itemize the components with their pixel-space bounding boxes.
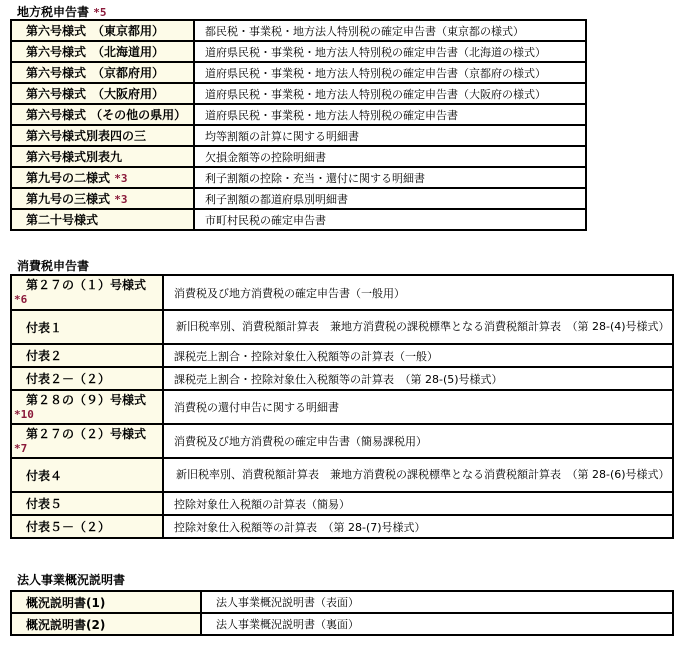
form-description: 控除対象仕入税額等の計算表 （第 28-(7)号様式） (174, 521, 426, 534)
form-code-cell: 第二十号様式 (11, 209, 194, 230)
footnote-marker: *5 (93, 6, 106, 19)
table-row: 第六号様式 （北海道用） 道府県民税・事業税・地方法人特別税の確定申告書（北海道… (11, 41, 586, 62)
table-row: 付表５－（２） 控除対象仕入税額等の計算表 （第 28-(7)号様式） (11, 515, 673, 538)
form-desc-cell: 欠損金額等の控除明細書 (194, 146, 586, 167)
form-desc-cell: 消費税の還付申告に関する明細書 (163, 390, 673, 424)
form-description: 道府県民税・事業税・地方法人特別税の確定申告書（北海道の様式） (205, 46, 546, 59)
table-row: 付表２ 課税売上割合・控除対象仕入税額等の計算表（一般） (11, 344, 673, 367)
form-desc-cell: 道府県民税・事業税・地方法人特別税の確定申告書（北海道の様式） (194, 41, 586, 62)
form-description: 道府県民税・事業税・地方法人特別税の確定申告書（大阪府の様式） (205, 88, 546, 101)
form-code-cell: 付表５－（２） (11, 515, 163, 538)
form-description: 利子割額の控除・充当・還付に関する明細書 (205, 172, 425, 185)
form-code-cell: 付表４ (11, 458, 163, 492)
table-row: 第六号様式別表四の三 均等割額の計算に関する明細書 (11, 125, 586, 146)
table-row: 付表２－（２） 課税売上割合・控除対象仕入税額等の計算表 （第 28-(5)号様… (11, 367, 673, 390)
table-row: 概況説明書(1) 法人事業概況説明書（表面） (11, 591, 673, 613)
table-row: 第二十号様式 市町村民税の確定申告書 (11, 209, 586, 230)
local-tax-forms-table: 第六号様式 （東京都用） 都民税・事業税・地方法人特別税の確定申告書（東京都の様… (10, 19, 587, 231)
form-code: 付表４ (26, 469, 62, 483)
form-code: 第六号様式 （京都府用） (26, 66, 164, 80)
form-code: 概況説明書(2) (26, 618, 105, 632)
section-title-text: 法人事業概況説明書 (17, 573, 125, 587)
form-description: 市町村民税の確定申告書 (205, 214, 326, 227)
form-desc-cell: 課税売上割合・控除対象仕入税額等の計算表 （第 28-(5)号様式） (163, 367, 673, 390)
table-row: 第六号様式 （東京都用） 都民税・事業税・地方法人特別税の確定申告書（東京都の様… (11, 20, 586, 41)
form-code-cell: 付表２ (11, 344, 163, 367)
table-row: 第２８の（９）号様式*10 消費税の還付申告に関する明細書 (11, 390, 673, 424)
footnote-marker: *3 (114, 193, 127, 206)
table-row: 第九号の三様式 *3 利子割額の都道府県別明細書 (11, 188, 586, 209)
form-code: 第六号様式 （その他の県用） (26, 108, 186, 122)
form-code: 概況説明書(1) (26, 596, 105, 610)
table-row: 第六号様式 （その他の県用） 道府県民税・事業税・地方法人特別税の確定申告書 (11, 104, 586, 125)
form-code: 第２７の（２）号様式 (14, 427, 162, 441)
table-row: 第六号様式別表九 欠損金額等の控除明細書 (11, 146, 586, 167)
section-title-local-tax: 地方税申告書 *5 (17, 3, 106, 20)
form-code-cell: 付表１ (11, 310, 163, 344)
table-row: 第九号の二様式 *3 利子割額の控除・充当・還付に関する明細書 (11, 167, 586, 188)
form-description: 法人事業概況説明書（表面） (216, 596, 359, 609)
form-code-cell: 第２７の（１）号様式*6 (11, 275, 163, 310)
form-code-cell: 第九号の三様式 *3 (11, 188, 194, 209)
form-description: 道府県民税・事業税・地方法人特別税の確定申告書 (205, 109, 458, 122)
section-title-consumption-tax: 消費税申告書 (17, 257, 89, 274)
form-description: 都民税・事業税・地方法人特別税の確定申告書（東京都の様式） (205, 25, 524, 38)
footnote-marker: *10 (14, 408, 34, 421)
table-row: 第六号様式 （京都府用） 道府県民税・事業税・地方法人特別税の確定申告書（京都府… (11, 62, 586, 83)
table-row: 概況説明書(2) 法人事業概況説明書（裏面） (11, 613, 673, 635)
table-row: 付表４ 新旧税率別、消費税額計算表 兼地方消費税の課税標準となる消費税額計算表 … (11, 458, 673, 492)
form-description: 消費税の還付申告に関する明細書 (174, 401, 339, 414)
form-description: 消費税及び地方消費税の確定申告書（簡易課税用） (174, 435, 427, 448)
form-desc-cell: 消費税及び地方消費税の確定申告書（一般用） (163, 275, 673, 310)
form-code-cell: 概況説明書(1) (11, 591, 201, 613)
form-desc-cell: 控除対象仕入税額の計算表（簡易） (163, 492, 673, 515)
form-description: 課税売上割合・控除対象仕入税額等の計算表 （第 28-(5)号様式） (174, 373, 503, 386)
form-description: 新旧税率別、消費税額計算表 兼地方消費税の課税標準となる消費税額計算表 （第 2… (176, 468, 670, 481)
form-code-cell: 概況説明書(2) (11, 613, 201, 635)
form-desc-cell: 利子割額の控除・充当・還付に関する明細書 (194, 167, 586, 188)
form-description: 課税売上割合・控除対象仕入税額等の計算表（一般） (174, 350, 438, 363)
form-code-cell: 第六号様式 （北海道用） (11, 41, 194, 62)
form-code: 第九号の二様式 (26, 171, 110, 185)
form-description: 法人事業概況説明書（裏面） (216, 618, 359, 631)
form-desc-cell: 新旧税率別、消費税額計算表 兼地方消費税の課税標準となる消費税額計算表 （第 2… (163, 310, 673, 344)
form-desc-cell: 消費税及び地方消費税の確定申告書（簡易課税用） (163, 424, 673, 458)
form-code: 付表１ (26, 321, 62, 335)
form-code-cell: 第２８の（９）号様式*10 (11, 390, 163, 424)
form-code-cell: 第六号様式 （大阪府用） (11, 83, 194, 104)
form-code: 第六号様式 （大阪府用） (26, 87, 164, 101)
form-code: 付表５ (26, 497, 62, 511)
form-desc-cell: 道府県民税・事業税・地方法人特別税の確定申告書（京都府の様式） (194, 62, 586, 83)
form-code: 第２７の（１）号様式 (14, 278, 162, 292)
consumption-tax-forms-table: 第２７の（１）号様式*6 消費税及び地方消費税の確定申告書（一般用） 付表１ 新… (10, 274, 674, 539)
form-desc-cell: 道府県民税・事業税・地方法人特別税の確定申告書（大阪府の様式） (194, 83, 586, 104)
form-description: 欠損金額等の控除明細書 (205, 151, 326, 164)
form-code: 第九号の三様式 (26, 192, 110, 206)
table-row: 付表１ 新旧税率別、消費税額計算表 兼地方消費税の課税標準となる消費税額計算表 … (11, 310, 673, 344)
form-code-cell: 第六号様式 （その他の県用） (11, 104, 194, 125)
table-row: 第２７の（１）号様式*6 消費税及び地方消費税の確定申告書（一般用） (11, 275, 673, 310)
form-description: 利子割額の都道府県別明細書 (205, 193, 348, 206)
table-row: 第六号様式 （大阪府用） 道府県民税・事業税・地方法人特別税の確定申告書（大阪府… (11, 83, 586, 104)
form-code-cell: 付表２－（２） (11, 367, 163, 390)
footnote-marker: *3 (114, 172, 127, 185)
table-row: 第２７の（２）号様式*7 消費税及び地方消費税の確定申告書（簡易課税用） (11, 424, 673, 458)
form-code: 第六号様式 （北海道用） (26, 45, 164, 59)
form-description: 均等割額の計算に関する明細書 (205, 130, 359, 143)
form-description: 新旧税率別、消費税額計算表 兼地方消費税の課税標準となる消費税額計算表 （第 2… (176, 320, 670, 333)
business-overview-forms-table: 概況説明書(1) 法人事業概況説明書（表面） 概況説明書(2) 法人事業概況説明… (10, 590, 674, 636)
form-code: 第２８の（９）号様式 (14, 393, 162, 407)
form-desc-cell: 市町村民税の確定申告書 (194, 209, 586, 230)
form-desc-cell: 都民税・事業税・地方法人特別税の確定申告書（東京都の様式） (194, 20, 586, 41)
form-desc-cell: 利子割額の都道府県別明細書 (194, 188, 586, 209)
form-desc-cell: 控除対象仕入税額等の計算表 （第 28-(7)号様式） (163, 515, 673, 538)
form-code: 第六号様式 （東京都用） (26, 24, 164, 38)
form-desc-cell: 法人事業概況説明書（表面） (201, 591, 673, 613)
form-code-cell: 第２７の（２）号様式*7 (11, 424, 163, 458)
form-code-cell: 第六号様式別表四の三 (11, 125, 194, 146)
footnote-marker: *6 (14, 293, 27, 306)
form-code: 付表２－（２） (26, 372, 110, 386)
form-description: 消費税及び地方消費税の確定申告書（一般用） (174, 287, 405, 300)
form-desc-cell: 新旧税率別、消費税額計算表 兼地方消費税の課税標準となる消費税額計算表 （第 2… (163, 458, 673, 492)
form-code: 第二十号様式 (26, 213, 98, 227)
section-title-text: 消費税申告書 (17, 259, 89, 273)
form-code-cell: 第六号様式 （京都府用） (11, 62, 194, 83)
table-row: 付表５ 控除対象仕入税額の計算表（簡易） (11, 492, 673, 515)
form-code-cell: 付表５ (11, 492, 163, 515)
form-code-cell: 第九号の二様式 *3 (11, 167, 194, 188)
form-code-cell: 第六号様式 （東京都用） (11, 20, 194, 41)
form-code: 第六号様式別表四の三 (26, 129, 146, 143)
form-desc-cell: 均等割額の計算に関する明細書 (194, 125, 586, 146)
form-desc-cell: 課税売上割合・控除対象仕入税額等の計算表（一般） (163, 344, 673, 367)
form-code: 付表５－（２） (26, 520, 110, 534)
form-code-cell: 第六号様式別表九 (11, 146, 194, 167)
form-desc-cell: 道府県民税・事業税・地方法人特別税の確定申告書 (194, 104, 586, 125)
form-description: 控除対象仕入税額の計算表（簡易） (174, 498, 350, 511)
form-desc-cell: 法人事業概況説明書（裏面） (201, 613, 673, 635)
form-code: 第六号様式別表九 (26, 150, 122, 164)
form-description: 道府県民税・事業税・地方法人特別税の確定申告書（京都府の様式） (205, 67, 546, 80)
section-title-text: 地方税申告書 (17, 5, 89, 19)
form-code: 付表２ (26, 349, 62, 363)
footnote-marker: *7 (14, 442, 27, 455)
section-title-business-overview: 法人事業概況説明書 (17, 571, 125, 588)
